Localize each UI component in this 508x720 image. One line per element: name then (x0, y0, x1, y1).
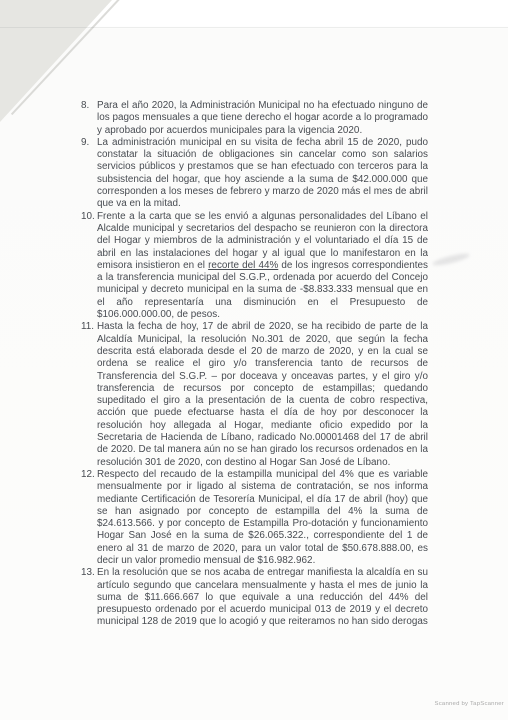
list-item: 9. La administración municipal en su vis… (81, 137, 428, 211)
paragraph-text: Para el año 2020, la Administración Muni… (97, 100, 428, 137)
list-number: 13. (81, 567, 97, 579)
paragraph-text: En la resolución que se nos acaba de ent… (97, 567, 428, 628)
paragraph-text: Hasta la fecha de hoy, 17 de abril de 20… (97, 321, 428, 469)
text-segment: En la resolución que se nos acaba de ent… (97, 567, 428, 627)
text-segment: Respecto del recaudo de la estampilla mu… (97, 469, 428, 566)
paragraph-text: Frente a la carta que se les envió a alg… (97, 211, 428, 322)
list-item: 13. En la resolución que se nos acaba de… (81, 567, 428, 628)
numbered-list: 8. Para el año 2020, la Administración M… (81, 100, 428, 629)
list-number: 8. (81, 100, 97, 112)
list-item: 11. Hasta la fecha de hoy, 17 de abril d… (81, 321, 428, 469)
scanned-page: 8. Para el año 2020, la Administración M… (0, 0, 508, 720)
list-number: 11. (81, 321, 97, 333)
text-segment: Para el año 2020, la Administración Muni… (97, 100, 428, 136)
paragraph-text: La administración municipal en su visita… (97, 137, 428, 211)
list-item: 10. Frente a la carta que se les envió a… (81, 211, 428, 322)
page-fold-line (0, 27, 508, 28)
list-number: 12. (81, 469, 97, 481)
text-segment: La administración municipal en su visita… (97, 137, 428, 209)
underlined-phrase: recorte del 44% (208, 260, 278, 271)
list-item: 12. Respecto del recaudo de la estampill… (81, 469, 428, 567)
scanner-watermark: Scanned by TapScanner (435, 701, 504, 707)
list-number: 9. (81, 137, 97, 149)
pencil-smudge (432, 252, 471, 268)
list-item: 8. Para el año 2020, la Administración M… (81, 100, 428, 137)
list-number: 10. (81, 211, 97, 223)
text-segment: Hasta la fecha de hoy, 17 de abril de 20… (97, 321, 428, 467)
paragraph-text: Respecto del recaudo de la estampilla mu… (97, 469, 428, 567)
